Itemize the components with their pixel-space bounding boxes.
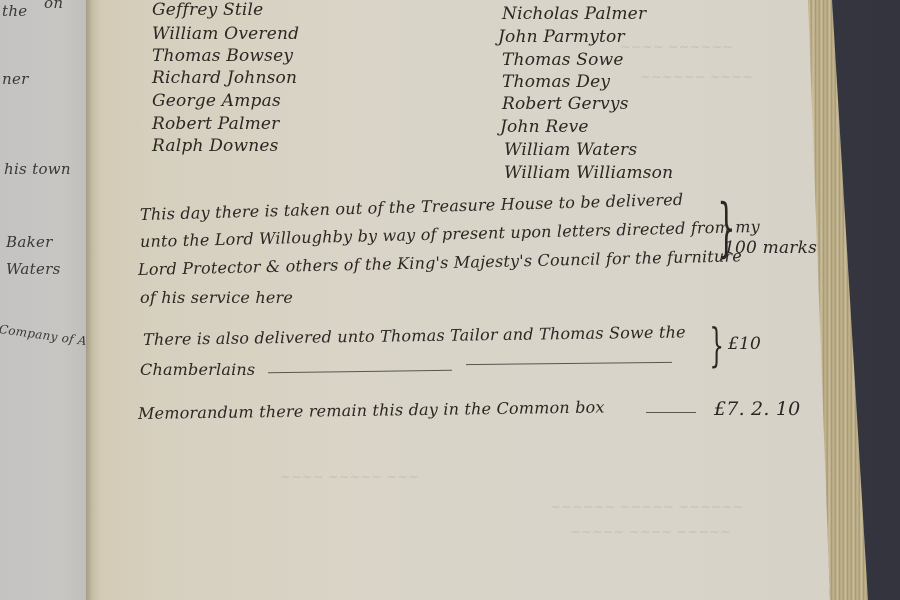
name-entry: Nicholas Palmer (502, 4, 646, 24)
name-entry: Thomas Dey (502, 72, 610, 92)
manuscript-photo: the on ner his town Baker Waters Company… (0, 0, 900, 600)
show-through-text: ~~~~ ~~~~~ ~~~ (280, 470, 419, 485)
name-entry: Robert Palmer (152, 114, 280, 134)
brace-icon: } (709, 322, 724, 368)
name-entry: John Reve (500, 117, 589, 137)
name-entry: Ralph Downes (152, 136, 279, 156)
left-page-fragment: Baker (6, 233, 53, 251)
name-entry: Thomas Bowsey (152, 46, 293, 66)
left-page-fragment: Company of Alb (0, 322, 100, 350)
show-through-text: ~~~~ ~~~~~~ (620, 40, 733, 55)
show-through-text: ~~~~~ ~~~~ ~~~~~ (570, 525, 731, 540)
name-entry: Robert Gervys (502, 94, 629, 114)
name-entry: William Williamson (504, 163, 673, 183)
left-page-fragment: Waters (6, 260, 61, 278)
entry-amount: 100 marks (724, 238, 817, 258)
entry-amount: £7. 2. 10 (714, 398, 800, 420)
left-page-fragment: his town (4, 160, 71, 178)
name-entry: George Ampas (152, 91, 281, 111)
left-facing-page: the on ner his town Baker Waters Company… (0, 0, 90, 600)
left-page-fragment: the (2, 2, 27, 20)
name-entry: John Parmytor (498, 27, 625, 47)
name-entry: Thomas Sowe (502, 50, 624, 70)
name-entry: William Overend (152, 24, 299, 44)
entry-amount: £10 (728, 334, 761, 354)
entry-text-line: of his service here (140, 288, 293, 307)
show-through-text: ~~~~~~ ~~~~ (640, 70, 753, 85)
show-through-text: ~~~~~~ ~~~~~ ~~~~~~ (550, 500, 743, 515)
name-entry: Richard Johnson (152, 68, 297, 88)
name-entry: Geffrey Stile (152, 0, 263, 20)
name-entry: William Waters (504, 140, 637, 160)
dash-line (646, 412, 696, 413)
left-page-fragment: on (44, 0, 63, 12)
left-page-fragment: ner (2, 70, 29, 88)
entry-text-line: Chamberlains (140, 360, 255, 379)
